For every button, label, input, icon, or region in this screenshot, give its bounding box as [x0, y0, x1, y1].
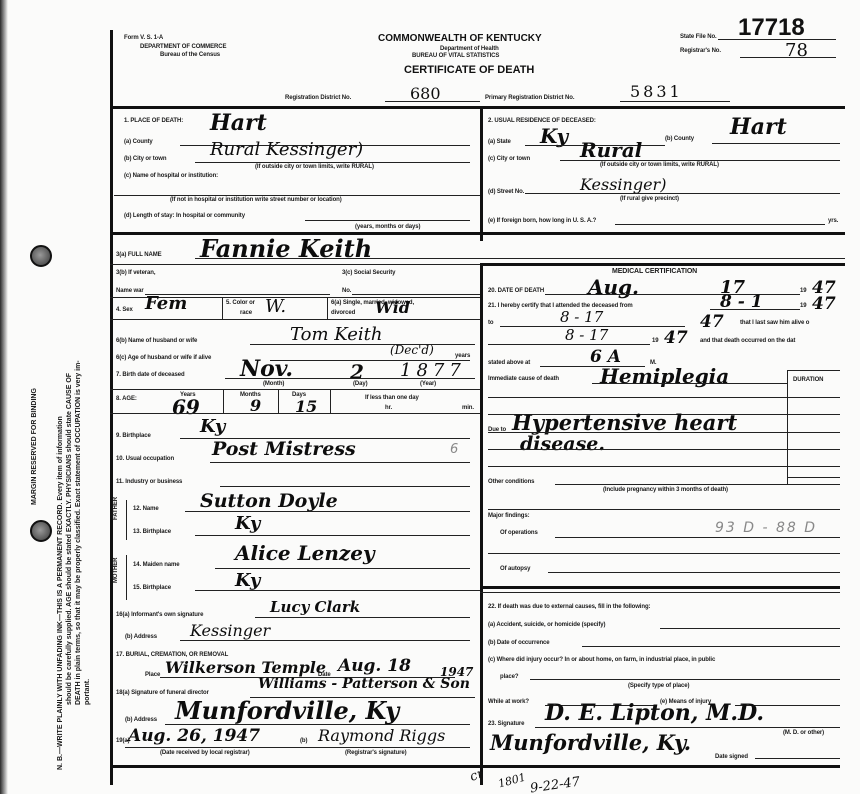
age-years: 69: [172, 395, 200, 419]
res-street-value: Kessinger): [580, 175, 666, 194]
race-label-1: 5. Color or: [226, 300, 255, 306]
father-name-label: 12. Name: [133, 506, 159, 512]
pod-hospital-label: (c) Name of hospital or institution:: [124, 173, 218, 179]
res-city-label: (c) City or town: [488, 156, 530, 162]
margin-instructions-4: portant.: [83, 679, 92, 705]
informant-label: 16(a) Informant's own signature: [116, 612, 203, 618]
certificate-title: CERTIFICATE OF DEATH: [404, 64, 534, 76]
birthplace-label: 9. Birthplace: [116, 433, 151, 439]
where-label: (c) Where did injury occur? In or about …: [488, 657, 715, 663]
bureau-vital: BUREAU OF VITAL STATISTICS: [412, 53, 499, 59]
spouse-value: Tom Keith: [290, 324, 382, 345]
spouse-label: 6(b) Name of husband or wife: [116, 338, 197, 344]
department: DEPARTMENT OF COMMERCE: [140, 44, 226, 50]
director-value: Williams - Patterson & Son: [258, 676, 470, 692]
year-note: (Year): [420, 381, 436, 387]
margin-instructions-3: DEATH in plain terms, so that it may be …: [74, 360, 83, 705]
pod-city-note: (If outside city or town limits, write R…: [255, 164, 374, 170]
veteran-name-label: Name war: [116, 288, 144, 294]
birthplace-value: Ky: [200, 416, 225, 437]
at-work-label: While at work?: [488, 699, 529, 705]
last-saw-year: 47: [664, 328, 688, 348]
res-city-note: (If outside city or town limits, write R…: [600, 162, 719, 168]
registrar-signature: Raymond Riggs: [318, 726, 445, 745]
spouse-age-label: 6(c) Age of husband or wife if alive: [116, 355, 211, 361]
mother-name-value: Alice Lenzey: [235, 541, 375, 565]
father-name-value: Sutton Doyle: [200, 490, 338, 512]
medical-heading: MEDICAL CERTIFICATION: [612, 268, 697, 275]
pod-hospital-note: (If not in hospital or institution write…: [170, 197, 342, 203]
res-street-label: (d) Street No.: [488, 189, 524, 195]
res-foreign-label: (e) If foreign born, how long in U. S. A…: [488, 218, 596, 224]
sex-label: 4. Sex: [116, 307, 133, 313]
occurred-label: and that death occurred on the dat: [700, 338, 795, 344]
burial-address-value: Munfordville, Ky: [175, 696, 399, 725]
operations-label: Of operations: [500, 530, 538, 536]
res-city-value: Rural: [580, 138, 642, 162]
race-label-2: race: [240, 310, 252, 316]
annotation-number: 1801: [497, 771, 527, 791]
pod-county-value: Hart: [210, 110, 267, 136]
attend-from-year-prefix: 19: [800, 303, 806, 309]
burial-date-value: Aug. 18: [338, 656, 411, 676]
physician-signature: D. E. Lipton, M.D.: [545, 700, 764, 726]
form-left-border: [110, 30, 113, 785]
form-number: Form V. S. 1-A: [124, 35, 163, 41]
mother-bracket: MOTHER: [113, 558, 119, 583]
month-note: (Month): [263, 381, 284, 387]
stated-label: stated above at: [488, 360, 530, 366]
attend-to-year: 47: [700, 312, 724, 332]
md-note: (M. D. or other): [783, 730, 824, 736]
state-title: COMMONWEALTH OF KENTUCKY: [378, 33, 542, 44]
min-label: min.: [462, 405, 474, 411]
attend-from-year: 47: [812, 294, 836, 314]
margin-binding-label: MARGIN RESERVED FOR BINDING: [30, 388, 39, 505]
registrar-label: (b): [300, 738, 307, 744]
under-day-label: If less than one day: [365, 395, 419, 401]
state-file-label: State File No.: [680, 34, 717, 40]
autopsy-label: Of autopsy: [500, 566, 530, 572]
date-signed-label: Date signed: [715, 754, 748, 760]
res-county-value: Hart: [730, 114, 787, 140]
other-label: Other conditions: [488, 479, 534, 485]
hr-label: hr.: [385, 405, 392, 411]
due-value-2: disease.: [520, 433, 605, 455]
occurrence-date-label: (b) Date of occurrence: [488, 640, 549, 646]
burial-address-label: (b) Address: [125, 717, 157, 723]
res-county-label: (b) County: [665, 136, 694, 142]
spouse-age-value: (Dec'd): [390, 343, 434, 357]
full-name-label: 3(a) FULL NAME: [116, 252, 162, 258]
veteran-label: 3(b) If veteran,: [116, 270, 155, 276]
date-death-month: Aug.: [588, 275, 639, 299]
father-bracket: FATHER: [113, 497, 119, 520]
pod-stay-label: (d) Length of stay: In hospital or commu…: [124, 213, 245, 219]
state-file-number: 17718: [738, 14, 805, 42]
res-street-note: (If rural give precinct): [620, 196, 679, 202]
father-birthplace-label: 13. Birthplace: [133, 529, 171, 535]
mother-name-label: 14. Maiden name: [133, 562, 180, 568]
mother-birthplace-value: Ky: [235, 570, 260, 591]
pod-city-label: (b) City or town: [124, 156, 166, 162]
occupation-value: Post Mistress: [212, 438, 356, 460]
date-death-label: 20. DATE OF DEATH: [488, 288, 544, 294]
burial-place-value: Wilkerson Temple: [165, 658, 326, 677]
ss-no-label: No.: [342, 288, 351, 294]
spouse-age-suffix: years: [455, 353, 470, 359]
primary-reg-number: 5831: [630, 82, 683, 101]
scan-edge: [0, 0, 8, 794]
father-birthplace-value: Ky: [235, 513, 260, 534]
injury-place-label: place?: [500, 674, 518, 680]
last-saw-year-prefix: 19: [652, 338, 658, 344]
duration-label: DURATION: [793, 377, 823, 383]
received-note: (Date received by local registrar): [160, 750, 250, 756]
age-label: 8. AGE:: [116, 396, 137, 402]
immediate-value: Hemiplegia: [600, 364, 729, 388]
sex-value: Fem: [145, 293, 187, 314]
res-state-label: (a) State: [488, 139, 511, 145]
physician-address: Munfordville, Ky.: [490, 730, 691, 755]
ss-label: 3(c) Social Security: [342, 270, 395, 276]
margin-instructions-2: should be carefully supplied. AGE should…: [65, 373, 74, 705]
marital-label-2: divorced: [331, 310, 355, 316]
last-saw-date: 8 - 17: [565, 326, 608, 344]
received-date: Aug. 26, 1947: [128, 726, 260, 746]
registrar-note: (Registrar's signature): [345, 750, 406, 756]
primary-reg-label: Primary Registration District No.: [485, 95, 574, 101]
race-value: W.: [265, 296, 286, 317]
informant-address-label: (b) Address: [125, 634, 157, 640]
informant-address: Kessinger: [190, 621, 270, 640]
to-label: to: [488, 320, 493, 326]
registrar-no-label: Registrar's No.: [680, 48, 721, 54]
injury-place-note: (Specify type of place): [628, 683, 689, 689]
reg-district-label: Registration District No.: [285, 95, 351, 101]
day-note: (Day): [353, 381, 368, 387]
mother-birthplace-label: 15. Birthplace: [133, 585, 171, 591]
pod-city-value: Rural Kessinger): [210, 139, 363, 160]
attend-to: 8 - 17: [560, 308, 603, 326]
occupation-label: 10. Usual occupation: [116, 456, 174, 462]
pod-county-label: (a) County: [124, 139, 153, 145]
marital-value: Wid: [375, 298, 410, 317]
birth-label: 7. Birth date of deceased: [116, 372, 185, 378]
immediate-label: Immediate cause of death: [488, 376, 559, 382]
industry-label: 11. Industry or business: [116, 479, 182, 485]
date-death-year-prefix: 19: [800, 288, 806, 294]
dept-health: Department of Health: [440, 46, 499, 52]
occupation-code: 6: [450, 442, 458, 457]
margin-instructions-1: N. B.—WRITE PLAINLY WITH UNFADING INK—TH…: [56, 416, 65, 770]
res-foreign-suffix: yrs.: [828, 218, 838, 224]
burial-place-label: Place: [145, 672, 160, 678]
binding-hole-top: [30, 245, 52, 267]
annotation-date: 9-22-47: [529, 775, 581, 794]
informant-signature: Lucy Clark: [270, 598, 360, 616]
cause-code: 93 D - 88 D: [715, 520, 817, 536]
signature-label: 23. Signature: [488, 721, 524, 727]
other-note: (Include pregnancy within 3 months of de…: [603, 487, 728, 493]
findings-label: Major findings:: [488, 513, 530, 519]
external-heading: 22. If death was due to external causes,…: [488, 604, 650, 610]
last-saw-label: that I last saw him alive o: [740, 320, 809, 326]
pod-stay-note: (years, months or days): [355, 224, 420, 230]
place-death-heading: 1. PLACE OF DEATH:: [124, 118, 183, 124]
binding-hole-bottom: [30, 520, 52, 542]
accident-label: (a) Accident, suicide, or homicide (spec…: [488, 622, 605, 628]
bureau: Bureau of the Census: [160, 52, 220, 58]
